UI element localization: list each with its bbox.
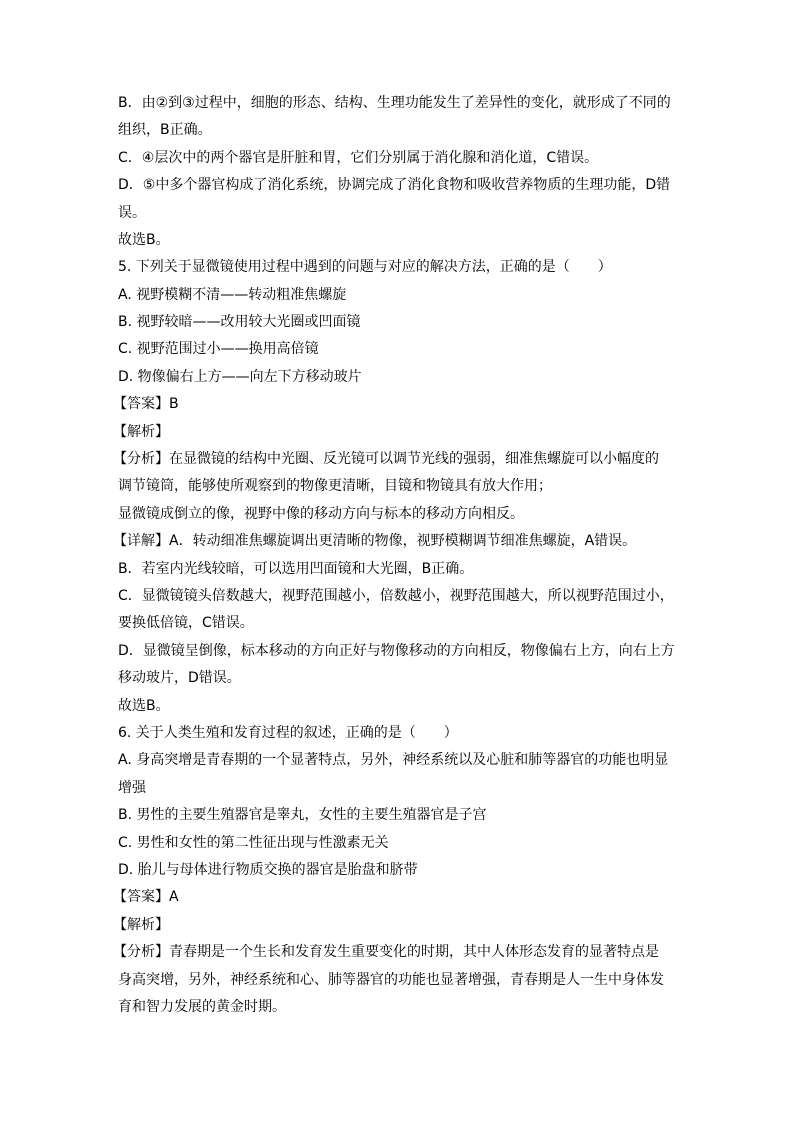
text-line: 移动玻片，D错误。: [118, 668, 241, 688]
text-line: 调节镜筒，能够使所观察到的物像更清晰，目镜和物镜具有放大作用；: [118, 476, 552, 496]
question-5-option-c: C. 视野范围过小——换用高倍镜: [118, 339, 319, 359]
text-line: D．⑤中多个器官构成了消化系统，协调完成了消化食物和吸收营养物质的生理功能，D错: [118, 175, 670, 195]
text-line: 身高突增，另外，神经系统和心、肺等器官的功能也显著增强，青春期是人一生中身体发: [118, 970, 664, 990]
document-page: B．由②到③过程中，细胞的形态、结构、生理功能发生了差异性的变化，就形成了不同的…: [0, 0, 794, 1123]
text-line: 故选B。: [118, 696, 170, 716]
text-line: C．显微镜镜头倍数越大，视野范围越小，倍数越小，视野范围越大，所以视野范围过小，: [118, 586, 674, 606]
answer-label: 【答案】A: [113, 887, 179, 907]
text-line: 要换低倍镜，C错误。: [118, 613, 254, 633]
question-6-option-b: B. 男性的主要生殖器官是睾丸，女性的主要生殖器官是子宫: [118, 805, 487, 825]
question-5-stem: 5. 下列关于显微镜使用过程中遇到的问题与对应的解决方法，正确的是（ ）: [118, 257, 612, 277]
question-6-option-c: C. 男性和女性的第二性征出现与性激素无关: [118, 833, 389, 853]
text-line: D．显微镜呈倒像，标本移动的方向正好与物像移动的方向相反，物像偏右上方，向右上方: [118, 641, 675, 661]
analysis-label: 【解析】: [113, 915, 169, 935]
text-line: C．④层次中的两个器官是肝脏和胃，它们分别属于消化腺和消化道，C错误。: [118, 148, 598, 168]
text-line: 育和智力发展的黄金时期。: [118, 997, 286, 1017]
text-line: 增强: [118, 778, 146, 798]
answer-label: 【答案】B: [113, 394, 179, 414]
question-5-option-b: B. 视野较暗——改用较大光圈或凹面镜: [118, 312, 361, 332]
text-line: 故选B。: [118, 230, 170, 250]
question-6-option-a: A. 身高突增是青春期的一个显著特点，另外，神经系统以及心脏和肺等器官的功能也明…: [118, 750, 668, 770]
analysis-text: 【分析】青春期是一个生长和发育发生重要变化的时期，其中人体形态发育的显著特点是: [113, 942, 659, 962]
text-line: B．若室内光线较暗，可以选用凹面镜和大光圈，B正确。: [118, 559, 473, 579]
analysis-text: 【分析】在显微镜的结构中光圈、反光镜可以调节光线的强弱，细准焦螺旋可以小幅度的: [113, 449, 659, 469]
detail-text: 【详解】A．转动细准焦螺旋调出更清晰的物像，视野模糊调节细准焦螺旋，A错误。: [113, 531, 636, 551]
analysis-label: 【解析】: [113, 422, 169, 442]
question-5-option-d: D. 物像偏右上方——向左下方移动玻片: [118, 367, 362, 387]
question-6-stem: 6. 关于人类生殖和发育过程的叙述，正确的是（ ）: [118, 723, 458, 743]
question-5-option-a: A. 视野模糊不清——转动粗准焦螺旋: [118, 285, 346, 305]
text-line: 显微镜成倒立的像，视野中像的移动方向与标本的移动方向相反。: [118, 504, 524, 524]
text-line: 组织，B正确。: [118, 120, 212, 140]
text-line: B．由②到③过程中，细胞的形态、结构、生理功能发生了差异性的变化，就形成了不同的: [118, 93, 671, 113]
question-6-option-d: D. 胎儿与母体进行物质交换的器官是胎盘和脐带: [118, 860, 418, 880]
text-line: 误。: [118, 203, 146, 223]
